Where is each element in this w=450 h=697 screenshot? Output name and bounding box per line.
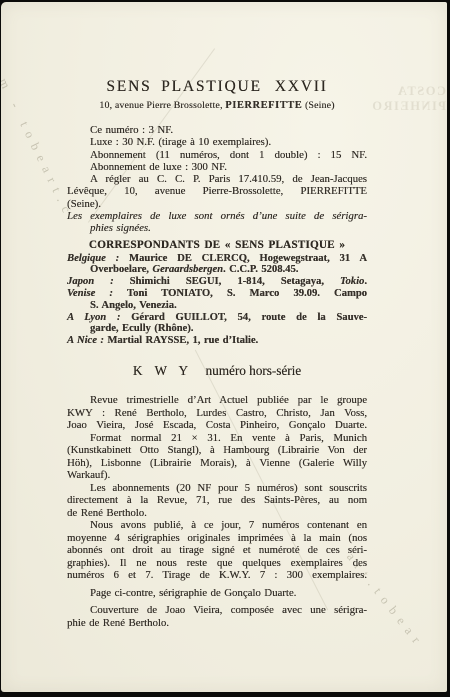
text-segment: Ce numéro : 3 NF. [90,124,173,136]
text-segment: Abonnement de luxe : 300 NF. [90,161,227,173]
text-segment: Warkauf). [67,469,110,481]
text-segment: 10, avenue Pierre Brossolette, [99,100,225,111]
text-segment: Luxe : 30 N.F. (tirage à 10 exemplaires)… [90,136,271,148]
publisher-address: 10, avenue Pierre Brossolette, PIERREFIT… [67,100,367,111]
text-line: Japon : Shimichi SEGUI, 1-814, Setagaya,… [67,276,367,288]
diagonal-watermark-left: om - tobeart.c [1,64,77,221]
text-segment: directement à la Revue, 71, rue des Sain… [67,494,367,506]
text-segment: K W Y [133,363,193,378]
text-line: Les abonnements (20 NF pour 5 numéros) s… [67,482,367,495]
text-line: (Seine). [67,198,367,210]
text-segment: Geraardsbergen [152,264,223,275]
text-line: (Kunstkabinett Otto Stangl), à Hambourg … [67,444,367,457]
text-segment: Couverture de Joao Vieira, composée avec… [90,604,367,616]
text-segment: PIERREFITTE [225,100,302,111]
text-segment: Japon : [67,276,130,287]
text-segment: numéro hors-série [206,363,302,378]
text-line: Belgique : Maurice DE CLERCQ, Hogewegstr… [67,253,367,265]
text-line: A régler au C. C. P. Paris 17.410.59, de… [67,173,367,185]
text-segment: Page ci-contre, sérigraphie de Gonçalo D… [90,587,296,599]
text-segment: Lévêque, 10, avenue Pierre-Brossolette, … [67,185,367,197]
text-segment: A Nice : [67,335,107,346]
text-segment: moyenne 4 sérigraphies originales imprim… [67,532,367,544]
text-segment: Format normal 21 × 31. En vente à Paris,… [90,432,367,444]
text-line: Nous avons publié, à ce jour, 7 numéros … [67,519,367,532]
text-line: Luxe : 30 N.F. (tirage à 10 exemplaires)… [67,136,367,148]
text-line: numéros 6 et 7. Tirage de K.W.Y. 7 : 300… [67,569,367,582]
text-segment: (Seine). [67,198,101,210]
pricing-section: Ce numéro : 3 NF.Luxe : 30 N.F. (tirage … [67,124,367,235]
text-line: A Lyon : Gérard GUILLOT, 54, route de la… [67,312,367,324]
text-line: phie de René Bertholo. [67,617,367,630]
page-content: SENS PLASTIQUEXXVII 10, avenue Pierre Br… [67,78,367,629]
text-line: garde, Ecully (Rhône). [67,323,367,335]
text-line: Revue trimestrielle d’Art Actuel publiée… [67,394,367,407]
scanned-page: om - tobeart.c art.tobear COSTA PINHEIRO… [1,2,447,692]
text-line: de René Bertholo. [67,507,367,520]
text-line: Couverture de Joao Vieira, composée avec… [67,604,367,617]
text-line: directement à la Revue, 71, rue des Sain… [67,494,367,507]
text-line: Höh), Lisbonne (Librairie Morais), à Vie… [67,457,367,470]
text-segment: Martial RAYSSE, 1, rue d’Italie. [107,335,258,346]
text-line: Page ci-contre, sérigraphie de Gonçalo D… [67,587,367,600]
text-segment: garde, Ecully (Rhône). [90,323,193,334]
text-line: A Nice : Martial RAYSSE, 1, rue d’Italie… [67,335,367,347]
text-line: Les exemplaires de luxe sont ornés d’une… [67,210,367,222]
text-line: moyenne 4 sérigraphies originales imprim… [67,532,367,545]
text-segment: Les exemplaires de luxe sont ornés d’une… [67,210,367,222]
text-segment: graphies). Il ne nous reste que quelques… [67,557,367,569]
text-segment: phies signées. [90,222,151,234]
text-line: phies signées. [67,222,367,234]
text-line: Joao Vieira, José Escada, Costa Pinheiro… [67,419,367,432]
text-segment: Abonnement (11 numéros, dont 1 double) :… [90,149,367,161]
text-segment: Shimichi SEGUI, 1-814, Setagaya, [130,276,340,287]
text-segment: Les abonnements (20 NF pour 5 numéros) s… [90,482,367,494]
publication-title: SENS PLASTIQUEXXVII [67,78,367,96]
text-segment: XXVII [275,78,328,95]
text-segment: Joao Vieira, José Escada, Costa Pinheiro… [67,419,367,431]
kwy-section: Revue trimestrielle d’Art Actuel publiée… [67,394,367,629]
scan-background: om - tobeart.c art.tobear COSTA PINHEIRO… [0,0,450,697]
correspondents-heading: CORRESPONDANTS DE « SENS PLASTIQUE » [67,239,367,251]
text-segment: Höh), Lisbonne (Librairie Morais), à Vie… [67,457,367,469]
text-line: graphies). Il ne nous reste que quelques… [67,557,367,570]
text-segment: Toni TONIATO, S. Marco 39.09. Campo [127,288,367,299]
text-segment: . [364,276,367,287]
text-line: Venise : Toni TONIATO, S. Marco 39.09. C… [67,288,367,300]
text-line: Lévêque, 10, avenue Pierre-Brossolette, … [67,185,367,197]
text-segment: numéros 6 et 7. Tirage de K.W.Y. 7 : 300… [67,569,367,581]
text-line: abonnés ont droit au tirage signé et num… [67,544,367,557]
text-segment: de René Bertholo. [67,507,147,519]
text-line: Overboelare, Geraardsbergen. C.C.P. 5208… [67,264,367,276]
text-segment: abonnés ont droit au tirage signé et num… [67,544,367,556]
text-line: KWY : René Bertholo, Lurdes Castro, Chri… [67,407,367,420]
text-segment: . C.C.P. 5208.45. [223,264,298,275]
text-segment: Gérard GUILLOT, 54, route de la Sauve- [131,312,367,323]
text-line: S. Angelo, Venezia. [67,300,367,312]
text-segment: Overboelare, [90,264,152,275]
text-segment: SENS PLASTIQUE [106,78,261,95]
text-segment: Maurice DE CLERCQ, Hogewegstraat, 31 A [129,253,367,264]
text-segment: phie de René Bertholo. [67,617,169,629]
text-line: Ce numéro : 3 NF. [67,124,367,136]
text-segment: S. Angelo, Venezia. [90,300,177,311]
text-segment: Belgique : [67,253,129,264]
text-segment: A régler au C. C. P. Paris 17.410.59, de… [90,173,367,185]
text-line: Warkauf). [67,469,367,482]
text-segment: KWY : René Bertholo, Lurdes Castro, Chri… [67,407,367,419]
text-line: Abonnement (11 numéros, dont 1 double) :… [67,149,367,161]
text-line: Format normal 21 × 31. En vente à Paris,… [67,432,367,445]
text-line: Abonnement de luxe : 300 NF. [67,161,367,173]
text-segment: Venise : [67,288,127,299]
text-segment: Revue trimestrielle d’Art Actuel publiée… [90,394,367,406]
text-segment: Nous avons publié, à ce jour, 7 numéros … [90,519,367,531]
text-segment: (Seine) [302,100,334,111]
kwy-section-heading: K W Ynuméro hors-série [67,363,367,379]
text-segment: A Lyon : [67,312,131,323]
text-segment: (Kunstkabinett Otto Stangl), à Hambourg … [67,444,367,456]
text-segment: Tokio [340,276,364,287]
correspondents-list: Belgique : Maurice DE CLERCQ, Hogewegstr… [67,253,367,347]
